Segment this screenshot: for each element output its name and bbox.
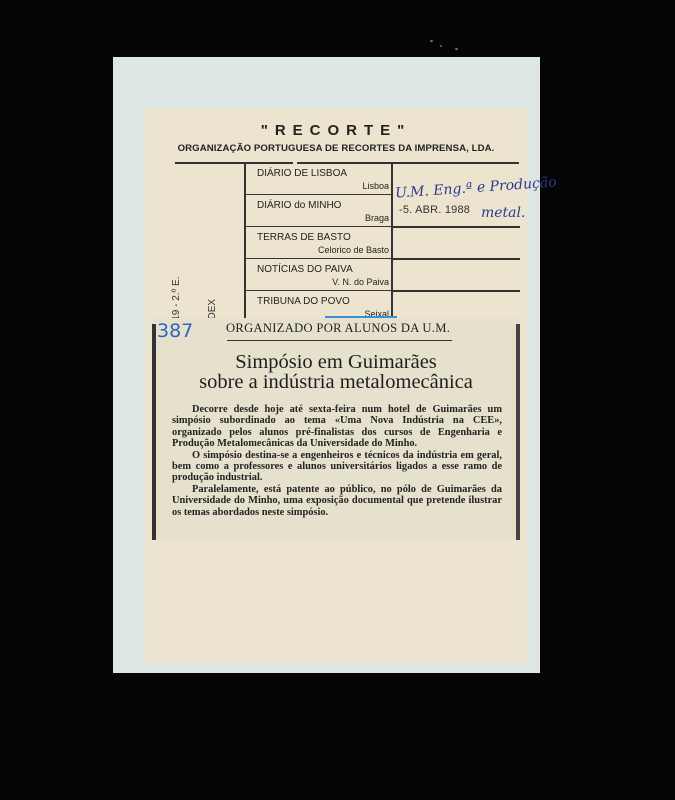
archive-number: 387 — [157, 320, 193, 342]
headline-line: Simpósio em Guimarães — [152, 352, 520, 372]
newspaper-city: Braga — [365, 213, 389, 223]
divider — [393, 290, 520, 292]
handwritten-note: metal. — [481, 205, 525, 221]
newspaper-row: NOTÍCIAS DO PAIVA V. N. do Paiva — [245, 259, 392, 291]
dust-speck — [430, 40, 433, 42]
newspaper-clipping: 387 ORGANIZADO POR ALUNOS DA U.M. Simpós… — [152, 318, 520, 540]
newspaper-name: TERRAS DE BASTO — [257, 232, 351, 243]
headline-line: sobre a indústria metalomecânica — [152, 372, 520, 392]
newspaper-name: NOTÍCIAS DO PAIVA — [257, 264, 353, 275]
newspaper-row: TERRAS DE BASTO Celorico de Basto — [245, 227, 392, 259]
form-title: "RECORTE" — [145, 122, 527, 139]
article-headline: Simpósio em Guimarães sobre a indústria … — [152, 352, 520, 392]
divider — [227, 340, 452, 341]
newspaper-row: DIÁRIO do MINHO Braga — [245, 195, 392, 227]
article-paragraph: O simpósio destina-se a engenheiros e té… — [172, 450, 502, 484]
article-kicker: ORGANIZADO POR ALUNOS DA U.M. — [226, 321, 450, 336]
dust-speck — [455, 48, 458, 50]
form-subtitle: ORGANIZAÇÃO PORTUGUESA DE RECORTES DA IM… — [145, 143, 527, 154]
newspaper-name: DIÁRIO do MINHO — [257, 200, 341, 211]
newspaper-name: DIÁRIO DE LISBOA — [257, 168, 347, 179]
newspaper-row: DIÁRIO DE LISBOA Lisboa — [245, 163, 392, 195]
article-body: Decorre desde hoje até sexta-feira num h… — [172, 404, 502, 518]
article-paragraph: Decorre desde hoje até sexta-feira num h… — [172, 404, 502, 450]
newspaper-city: V. N. do Paiva — [332, 277, 389, 287]
article-paragraph: Paralelamente, está patente ao público, … — [172, 484, 502, 518]
newspaper-city: Lisboa — [362, 181, 389, 191]
divider — [393, 258, 520, 260]
date-stamp: -5. ABR. 1988 — [399, 204, 470, 216]
divider — [393, 226, 520, 228]
newspaper-city: Celorico de Basto — [318, 245, 389, 255]
newspaper-name: TRIBUNA DO POVO — [257, 296, 350, 307]
dust-speck — [440, 45, 442, 47]
